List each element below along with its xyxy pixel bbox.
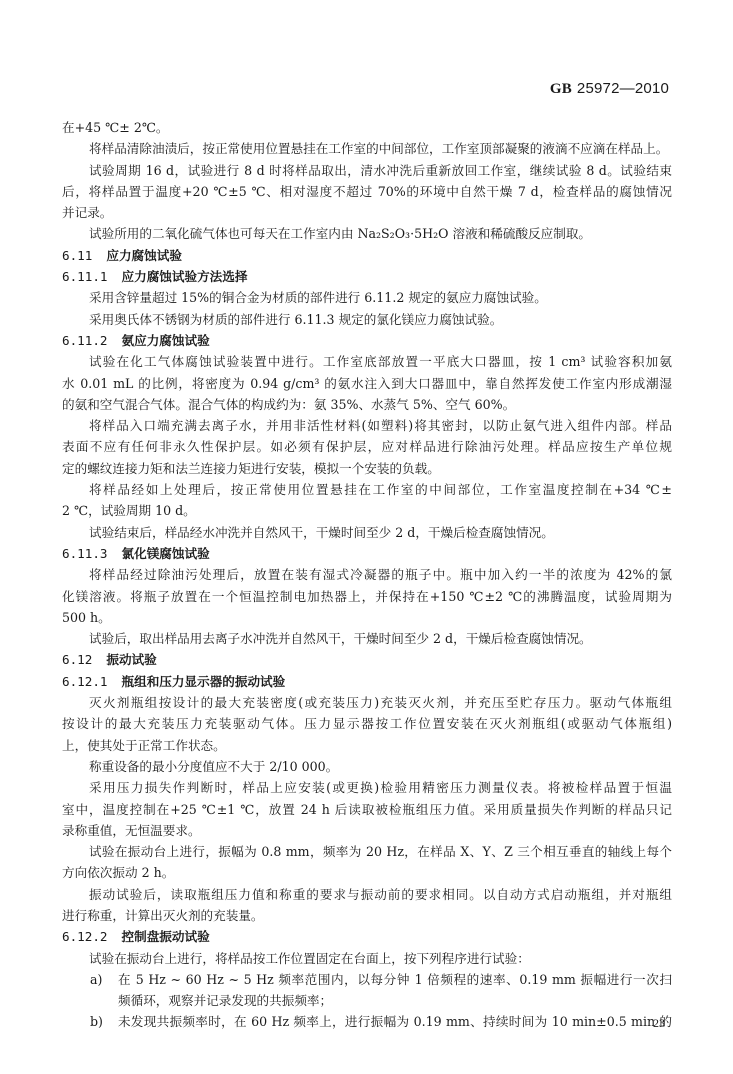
paragraph-line: 将样品清除油渍后，按正常使用位置悬挂在工作室的中间部位，工作室顶部凝聚的液滴不应… <box>62 138 672 159</box>
list-item-text: 在 5 Hz ~ 60 Hz ~ 5 Hz 频率范围内，以每分钟 1 倍频程的速… <box>118 972 672 987</box>
section-heading: 6.11.1应力腐蚀试验方法选择 <box>62 266 672 287</box>
section-title: 应力腐蚀试验 <box>106 248 182 263</box>
list-marker: a) <box>90 969 102 990</box>
paragraph-line: 2 ℃，试验周期 10 d。 <box>62 500 672 521</box>
paragraph-line: 表面不应有任何非永久性保护层。如必须有保护层，应对样品进行除油污处理。样品应按生… <box>62 436 672 457</box>
paragraph-line: 室中，温度控制在+25 ℃±1 ℃，放置 24 h 后读取被检瓶组压力值。采用质… <box>62 799 672 820</box>
paragraph-line: 采用奥氏体不锈钢为材质的部件进行 6.11.3 规定的氯化镁应力腐蚀试验。 <box>62 309 672 330</box>
paragraph-line: 进行称重，计算出灭火剂的充装量。 <box>62 905 672 926</box>
paragraph-line: 试验在振动台上进行，振幅为 0.8 mm，频率为 20 Hz，在样品 X、Y、Z… <box>62 841 672 862</box>
paragraph-line: 将样品经如上处理后，按正常使用位置悬挂在工作室的中间部位，工作室温度控制在+34… <box>62 479 672 500</box>
document-body: 在+45 ℃± 2℃。将样品清除油渍后，按正常使用位置悬挂在工作室的中间部位，工… <box>62 117 672 1033</box>
paragraph-line: 化镁溶液。将瓶子放置在一个恒温控制电加热器上，并保持在+150 ℃±2 ℃的沸腾… <box>62 586 672 607</box>
section-number: 6.11.2 <box>62 333 108 348</box>
section-title: 氯化镁腐蚀试验 <box>122 546 210 561</box>
paragraph-line: 方向依次振动 2 h。 <box>62 862 672 883</box>
paragraph-line: 试验后，取出样品用去离子水冲洗并自然风干，干燥时间至少 2 d，干燥后检查腐蚀情… <box>62 628 672 649</box>
standard-prefix: GB <box>550 81 572 97</box>
page-number: 23 <box>653 1016 665 1031</box>
section-title: 瓶组和压力显示器的振动试验 <box>122 674 286 689</box>
paragraph-line: 称重设备的最小分度值应不大于 2/10 000。 <box>62 756 672 777</box>
paragraph-line: 采用压力损失作判断时，样品上应安装(或更换)检验用精密压力测量仪表。将被检样品置… <box>62 777 672 798</box>
section-number: 6.12 <box>62 652 92 667</box>
section-number: 6.12.2 <box>62 929 108 944</box>
paragraph-line: 试验所用的二氧化硫气体也可每天在工作室内由 Na₂S₂O₃·5H₂O 溶液和稀硫… <box>62 223 672 244</box>
paragraph-line: 振动试验后，读取瓶组压力值和称重的要求与振动前的要求相同。以自动方式启动瓶组，并… <box>62 884 672 905</box>
list-item-text: 未发现共振频率时，在 60 Hz 频率上，进行振幅为 0.19 mm、持续时间为… <box>118 1014 672 1029</box>
list-marker: b) <box>90 1011 103 1032</box>
list-item: 频循环，观察并记录发现的共振频率； <box>62 990 672 1011</box>
section-title: 应力腐蚀试验方法选择 <box>122 269 248 284</box>
paragraph-line: 录称重值，无恒温要求。 <box>62 820 672 841</box>
paragraph-line: 在+45 ℃± 2℃。 <box>62 117 672 138</box>
paragraph-line: 并记录。 <box>62 202 672 223</box>
paragraph-line: 后，将样品置于温度+20 ℃±5 ℃、相对湿度不超过 70%的环境中自然干燥 7… <box>62 181 672 202</box>
paragraph-line: 采用含锌量超过 15%的铜合金为材质的部件进行 6.11.2 规定的氨应力腐蚀试… <box>62 287 672 308</box>
paragraph-line: 定的螺纹连接力矩和法兰连接力矩进行安装，模拟一个安装的负载。 <box>62 458 672 479</box>
paragraph-line: 试验结束后，样品经水冲洗并自然风干，干燥时间至少 2 d，干燥后检查腐蚀情况。 <box>62 522 672 543</box>
section-title: 氨应力腐蚀试验 <box>122 333 210 348</box>
list-item: b)未发现共振频率时，在 60 Hz 频率上，进行振幅为 0.19 mm、持续时… <box>62 1011 672 1032</box>
list-item-text: 频循环，观察并记录发现的共振频率； <box>118 993 332 1008</box>
paragraph-line: 试验在振动台上进行，将样品按工作位置固定在台面上，按下列程序进行试验： <box>62 948 672 969</box>
section-heading: 6.12振动试验 <box>62 649 672 670</box>
section-number: 6.11.1 <box>62 269 108 284</box>
paragraph-line: 水 0.01 mL 的比例，将密度为 0.94 g/cm³ 的氨水注入到大口器皿… <box>62 373 672 394</box>
paragraph-line: 上，使其处于正常工作状态。 <box>62 735 672 756</box>
section-title: 振动试验 <box>106 652 156 667</box>
section-heading: 6.12.1瓶组和压力显示器的振动试验 <box>62 671 672 692</box>
section-title: 控制盘振动试验 <box>122 929 210 944</box>
section-heading: 6.11.3氯化镁腐蚀试验 <box>62 543 672 564</box>
section-heading: 6.11.2氨应力腐蚀试验 <box>62 330 672 351</box>
section-number: 6.11.3 <box>62 546 108 561</box>
paragraph-line: 500 h。 <box>62 607 672 628</box>
section-heading: 6.12.2控制盘振动试验 <box>62 926 672 947</box>
section-heading: 6.11应力腐蚀试验 <box>62 245 672 266</box>
section-number: 6.12.1 <box>62 674 108 689</box>
paragraph-line: 将样品经过除油污处理后，放置在装有湿式冷凝器的瓶子中。瓶中加入约一半的浓度为 4… <box>62 564 672 585</box>
paragraph-line: 试验在化工气体腐蚀试验装置中进行。工作室底部放置一平底大口器皿，按 1 cm³ … <box>62 351 672 372</box>
paragraph-line: 灭火剂瓶组按设计的最大充装密度(或充装压力)充装灭火剂，并充压至贮存压力。驱动气… <box>62 692 672 713</box>
standard-number-header: GB25972—2010 <box>550 80 669 98</box>
paragraph-line: 将样品入口端充满去离子水，并用非活性材料(如塑料)将其密封，以防止氨气进入组件内… <box>62 415 672 436</box>
section-number: 6.11 <box>62 248 92 263</box>
paragraph-line: 试验周期 16 d，试验进行 8 d 时将样品取出，清水冲洗后重新放回工作室，继… <box>62 160 672 181</box>
standard-code: 25972—2010 <box>577 80 669 97</box>
paragraph-line: 的氨和空气混合气体。混合气体的构成约为：氨 35%、水蒸气 5%、空气 60%。 <box>62 394 672 415</box>
paragraph-line: 按设计的最大充装压力充装驱动气体。压力显示器按工作位置安装在灭火剂瓶组(或驱动气… <box>62 713 672 734</box>
list-item: a)在 5 Hz ~ 60 Hz ~ 5 Hz 频率范围内，以每分钟 1 倍频程… <box>62 969 672 990</box>
